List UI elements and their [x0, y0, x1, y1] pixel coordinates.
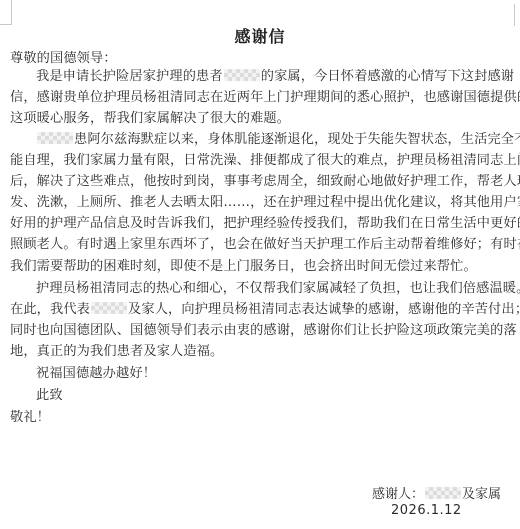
signature: 感谢人：及家属 [372, 483, 501, 502]
paragraph-1-line-2: 信，感谢贵单位护理员杨祖清同志在近两年上门护理期间的悉心照护，也感谢国德提供的 [10, 89, 520, 106]
redacted-name-mosaic [37, 132, 73, 144]
text-segment: 及家人，向护理员杨祖清同志表达诚挚的感谢，感谢他的辛苦付出； [128, 302, 520, 317]
paragraph-3-line-4: 地，真正的为我们患者及家人造福。 [10, 343, 223, 360]
text-segment: 在此，我代表 [10, 302, 90, 317]
paragraph-3-line-2: 在此，我代表及家人，向护理员杨祖清同志表达诚挚的感谢，感谢他的辛苦付出； [10, 301, 520, 318]
paragraph-2-line-1: 患阿尔兹海默症以来，身体肌能逐渐退化，现处于失能失智状态，生活完全不 [36, 131, 520, 148]
page-corner-mark-left [0, 0, 12, 25]
closing-jing-li: 敬礼！ [10, 409, 50, 426]
salutation: 尊敬的国德领导： [10, 50, 117, 67]
signature-suffix: 及家属 [462, 487, 501, 502]
paragraph-2-line-4: 发、洗漱，上厕所、推老人去晒太阳……，还在护理过程中提出优化建议，将其他用户家 [10, 194, 520, 211]
paragraph-2-line-3: 后，解决了这些难点，他按时到岗，事事考虑周全，细致耐心地做好护理工作，帮老人理 [10, 173, 520, 190]
closing-ci-zhi: 此致 [36, 387, 63, 404]
blessing: 祝福国德越办越好！ [36, 365, 156, 382]
page-corner-mark-right [514, 4, 515, 26]
paragraph-1-line-3: 这项暖心服务，帮我们家属解决了很大的难题。 [10, 110, 290, 127]
paragraph-1-line-1: 我是申请长护险居家护理的患者的家属，今日怀着感激的心情写下这封感谢 [36, 68, 514, 85]
paragraph-3-line-1: 护理员杨祖清同志的热心和细心，不仅帮我们家属减轻了负担，也让我们倍感温暖。 [36, 280, 520, 297]
paragraph-2-line-5: 好用的护理产品信息及时告诉我们，把护理经验传授我们，帮助我们在日常生活中更好的 [10, 215, 520, 232]
redacted-name-mosaic [91, 302, 127, 314]
text-segment: 的家属，今日怀着感激的心情写下这封感谢 [261, 69, 514, 84]
paragraph-2-line-6: 照顾老人。有时遇上家里东西坏了，也会在做好当天护理工作后主动帮着维修好；有时在 [10, 236, 520, 253]
letter-title: 感谢信 [0, 24, 520, 47]
text-segment: 患阿尔兹海默症以来，身体肌能逐渐退化，现处于失能失智状态，生活完全不 [74, 132, 520, 147]
redacted-name-mosaic [425, 487, 461, 499]
paragraph-3-line-3: 同时也向国德团队、国德领导们表示由衷的感谢，感谢你们让长护险这项政策完美的落 [10, 322, 517, 339]
paragraph-2-line-7: 我们需要帮助的困难时刻，即使不是上门服务日，也会挤出时间无偿过来帮忙。 [10, 258, 477, 275]
text-segment: 我是申请长护险居家护理的患者 [36, 69, 223, 84]
redacted-name-mosaic [224, 69, 260, 81]
signature-prefix: 感谢人： [372, 487, 424, 502]
letter-date: 2026.1.12 [391, 503, 462, 518]
paragraph-2-line-2: 能自理，我们家属力量有限，日常洗澡、排便都成了很大的难点，护理员杨祖清同志上门 [10, 152, 520, 169]
